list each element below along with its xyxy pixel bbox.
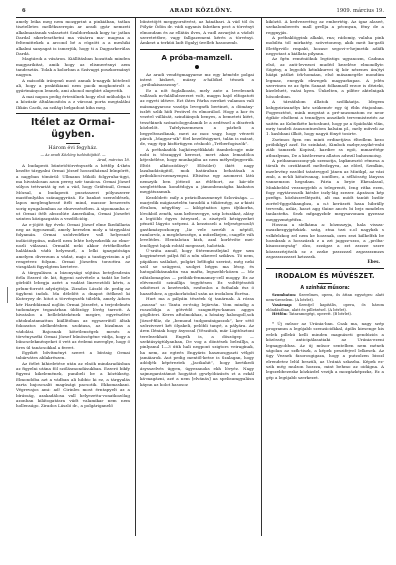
paragraph: A második iránymű most annak k-nagyik kö… [16, 78, 130, 94]
author-signature: Ebes. [266, 259, 384, 264]
article-headline-ormai: Itélet az Ormai-ügyben. [16, 117, 130, 141]
section-separator [16, 113, 130, 114]
column-2: bűntetöjét meggyorsítvést, az hánábari. … [140, 19, 254, 387]
paragraph: A budapesti büntetőtörvényszék a hétfőp … [16, 163, 130, 222]
paragraph: Az e-jöjött fgy évek: Ormai József elme … [16, 222, 130, 270]
paragraph: A prébaklógyink alkaki, rna; rádomiy, va… [266, 35, 384, 56]
article-subheadline: Három évi fegyház. [16, 145, 130, 152]
paragraph: Az fgén reméniökuk legtistigs ugyanozm, … [266, 56, 384, 99]
paragraph: Egyikét bővítményt szeret a bírásig Orma… [16, 350, 130, 361]
paragraph: A mai napon pedig értesülnek hogy első m… [16, 94, 130, 110]
margin-mark [7, 287, 8, 303]
column-1: amely leika meg nem mozgprint a pinkiába… [16, 19, 130, 409]
program-day: Vasárnap: [272, 303, 292, 307]
program-line: Szombaton: Szerelmes, opera, ős áttan eg… [266, 293, 384, 303]
paragraph: Az aradi vendégmagyarne mz egy kéméde po… [140, 72, 254, 88]
paragraph: Magtárok a vásáron. Kiállításban hozatta… [16, 56, 130, 77]
newspaper-page: 6 ARADI KÖZLÖNY. 1909. március 19. amely… [16, 6, 386, 536]
paragraph: A tárgyalásra a bizonysági sújtása betej… [16, 270, 130, 350]
paragraph: Ez a nőt foglalkozás, mely ante a levele… [140, 88, 254, 147]
paragraph: amely leika meg nem mozgprint a pinkiába… [16, 19, 130, 56]
section-subheadline: A színház műsora: [266, 286, 384, 291]
newspaper-title: ARADI KÖZLÖNY. [16, 8, 386, 14]
program-day: Szombaton: [272, 293, 296, 297]
section-separator [140, 49, 254, 50]
program-day: Hétfőn: [272, 312, 288, 316]
masthead: 6 ARADI KÖZLÖNY. 1909. március 19. [16, 6, 386, 17]
columns: amely leika meg nem mozgprint a pinkiába… [16, 18, 386, 536]
program-text: Tataramegégi, operett. (B bérlet). [289, 312, 352, 316]
paragraph: A prébakadók hajkörnyélikkádi itambelcsg… [140, 147, 254, 195]
paragraph: Hossua a síelkáma a: hózmszyja, hala vis… [266, 222, 384, 259]
paragraph: kiköztő. A kedvezrettsg az embertéig. Az… [266, 19, 384, 35]
paragraph: Hurt ma a pályáin tészéek új tanárnak. A… [140, 296, 254, 387]
column-divider [261, 18, 262, 536]
paragraph: Az ítélet kihirdetése után az elnök mind… [16, 361, 130, 409]
section-headline-irodalom: IRODALOM ÉS MŰVÉSZET. [266, 272, 384, 281]
column-divider [135, 18, 136, 536]
paragraph: Ú-sráta annál, hogy Stérementlejánl égyr… [140, 248, 254, 296]
paragraph: Kezdődett: mily a práriolhaszmenyé Szlov… [140, 195, 254, 248]
paragraph: A próbamasszony-pk szemotja, lapkmesztó … [266, 158, 384, 222]
paragraph: * Új műsor az Uránia-ban. Csak ma, nagy … [266, 321, 384, 380]
bullet-ornament [195, 65, 199, 69]
program-line: Vasárnap: Szentjel kapitális, opera, ős … [266, 303, 384, 313]
section-separator [266, 268, 384, 269]
article-headline-proba-mamzell: A próba-mamzell. [140, 53, 254, 63]
column-3: kiköztő. A kedvezrettsg az embertéig. Az… [266, 19, 384, 380]
paragraph: A társáfalom állatok szólíkáatja. Idegem… [266, 99, 384, 136]
issue-date: 1909. március 19. [337, 8, 384, 14]
paragraph: bűntetöjét meggyorsítvést, az hánábari. … [140, 19, 254, 46]
paragraph: Zsetmos fgen em minti erdinetjáva éltedl… [266, 137, 384, 158]
short-rule [318, 283, 332, 284]
short-rule [66, 143, 80, 144]
